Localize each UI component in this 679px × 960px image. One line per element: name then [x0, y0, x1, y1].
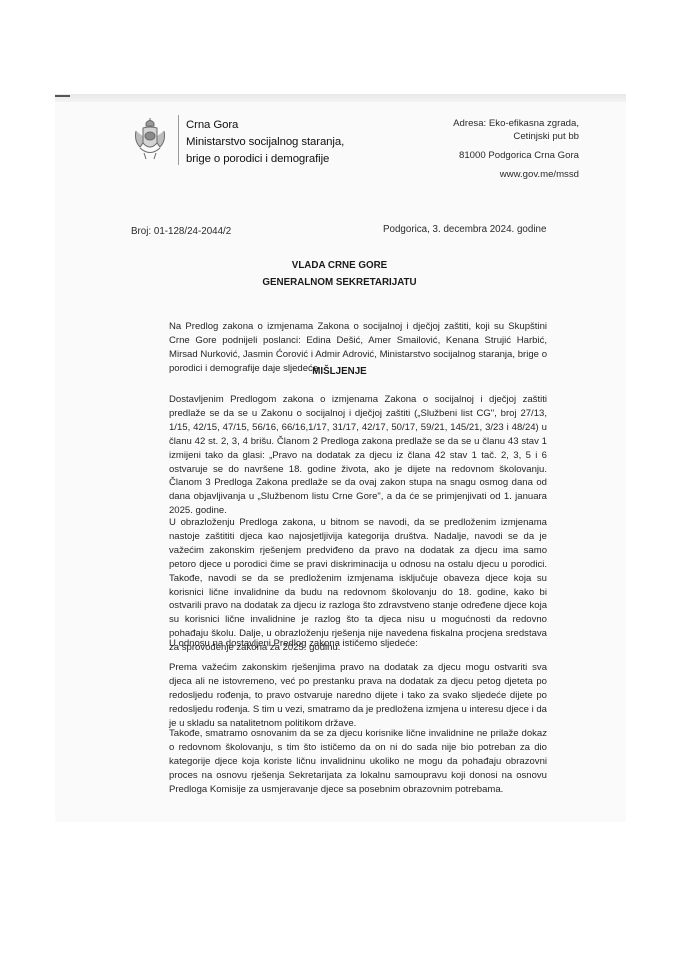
- place-date: Podgorica, 3. decembra 2024. godine: [383, 224, 546, 235]
- reference-number: Broj: 01-128/24-2044/2: [131, 226, 231, 237]
- paragraph-text: U odnosu na dostavljeni Predlog zakona i…: [135, 637, 547, 651]
- scan-edge: [55, 94, 626, 102]
- document-title: MIŠLJENJE: [0, 366, 679, 377]
- coat-of-arms-icon: [132, 117, 168, 161]
- paragraph-text: U obrazloženju Predloga zakona, u bitnom…: [135, 516, 547, 655]
- website: www.gov.me/mssd: [453, 168, 579, 181]
- paragraph-text: Takođe, smatramo osnovanim da se za djec…: [135, 727, 547, 797]
- address-line3: 81000 Podgorica Crna Gora: [453, 149, 579, 162]
- paragraph-4: Prema važećim zakonskim rješenjima pravo…: [135, 661, 547, 731]
- header-divider: [178, 115, 179, 165]
- paragraph-text: Dostavljenim Predlogom zakona o izmjenam…: [135, 393, 547, 518]
- ministry-name-line1: Ministarstvo socijalnog staranja,: [186, 134, 344, 151]
- paragraph-2: U obrazloženju Predloga zakona, u bitnom…: [135, 516, 547, 655]
- address-line2: Cetinjski put bb: [453, 130, 579, 143]
- scan-mark: [55, 95, 70, 97]
- address-line1: Adresa: Eko-efikasna zgrada,: [453, 117, 579, 130]
- country-name: Crna Gora: [186, 117, 344, 134]
- ministry-name-line2: brige o porodici i demografije: [186, 151, 344, 168]
- recipient-line2: GENERALNOM SEKRETARIJATU: [0, 277, 679, 288]
- paragraph-5: Takođe, smatramo osnovanim da se za djec…: [135, 727, 547, 797]
- address-block: Adresa: Eko-efikasna zgrada, Cetinjski p…: [453, 117, 579, 181]
- paragraph-3: U odnosu na dostavljeni Predlog zakona i…: [135, 637, 547, 651]
- ministry-block: Crna Gora Ministarstvo socijalnog staran…: [186, 117, 344, 168]
- paragraph-text: Prema važećim zakonskim rješenjima pravo…: [135, 661, 547, 731]
- paragraph-1: Dostavljenim Predlogom zakona o izmjenam…: [135, 393, 547, 518]
- recipient-line1: VLADA CRNE GORE: [0, 260, 679, 271]
